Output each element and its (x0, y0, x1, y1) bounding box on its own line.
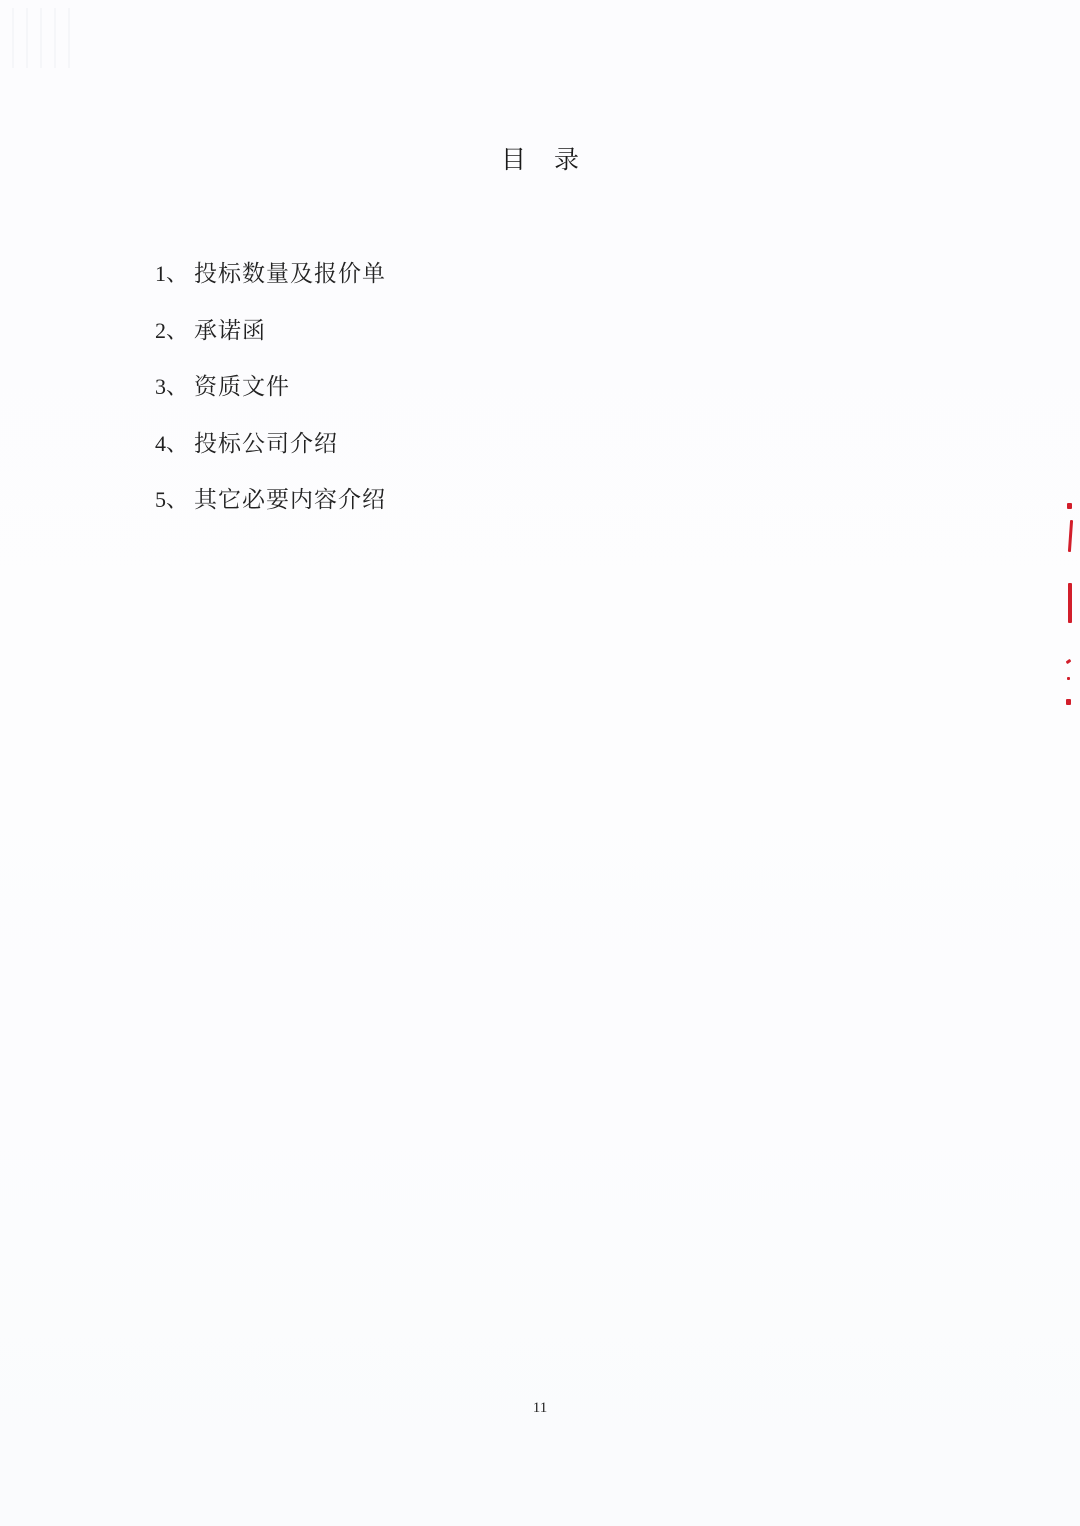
toc-number: 5 (155, 487, 166, 512)
toc-number: 1 (155, 261, 166, 286)
toc-text: 投标数量及报价单 (194, 261, 386, 287)
toc-separator: 、 (166, 314, 194, 350)
toc-text: 其它必要内容介绍 (194, 487, 386, 513)
page-number: 11 (0, 1400, 1080, 1417)
toc-item-2: 2、承诺函 (155, 313, 386, 370)
toc-number: 2 (155, 318, 166, 343)
toc-item-1: 1、投标数量及报价单 (155, 256, 386, 313)
toc-text: 资质文件 (194, 374, 290, 400)
document-page: 目录 1、投标数量及报价单 2、承诺函 3、资质文件 4、投标公司介绍 5、其它… (0, 0, 1080, 1526)
toc-number: 4 (155, 431, 166, 456)
toc-separator: 、 (166, 257, 194, 293)
page-title: 目录 (0, 140, 1080, 176)
red-seal-fragment-icon (1062, 500, 1076, 715)
toc-item-5: 5、其它必要内容介绍 (155, 482, 386, 539)
toc-separator: 、 (166, 370, 194, 406)
toc-item-3: 3、资质文件 (155, 369, 386, 426)
table-of-contents: 1、投标数量及报价单 2、承诺函 3、资质文件 4、投标公司介绍 5、其它必要内… (155, 256, 386, 539)
toc-text: 承诺函 (194, 318, 266, 344)
toc-separator: 、 (166, 427, 194, 463)
toc-number: 3 (155, 374, 166, 399)
toc-text: 投标公司介绍 (194, 431, 338, 457)
scan-edge-marks (12, 8, 82, 68)
toc-item-4: 4、投标公司介绍 (155, 426, 386, 483)
toc-separator: 、 (166, 483, 194, 519)
